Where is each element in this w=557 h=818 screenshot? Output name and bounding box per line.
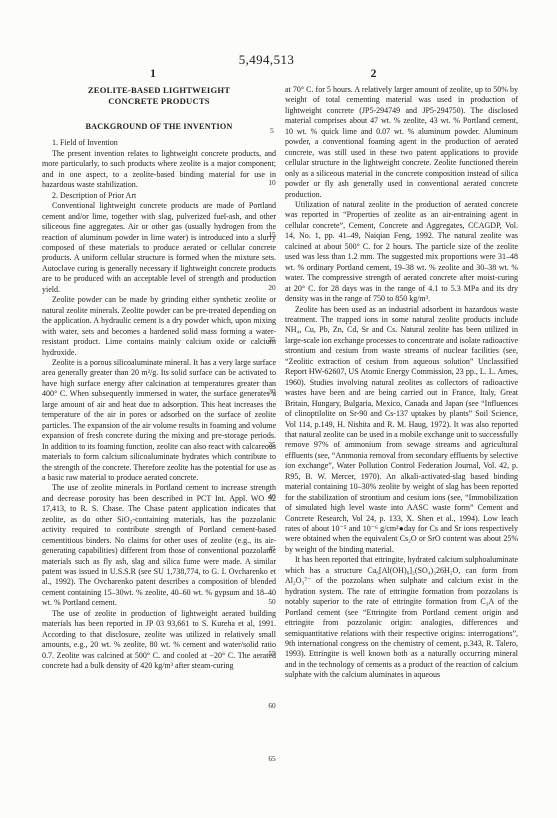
paragraph-continuation-jp-patents: at 70° C. for 5 hours. A relatively larg… [285, 85, 518, 200]
gutter-line-number: 55 [260, 649, 284, 658]
paragraph-feng-study: Utilization of natural zeolite in the pr… [285, 200, 518, 305]
gutter-line-number: 35 [260, 440, 284, 449]
gutter-line-number: 50 [260, 597, 284, 606]
gutter-line-number: 40 [260, 492, 284, 501]
background-heading: BACKGROUND OF THE INVENTION [42, 122, 276, 132]
left-column: 1 ZEOLITE-BASED LIGHTWEIGHT CONCRETE PRO… [42, 68, 276, 672]
gutter-line-number: 25 [260, 335, 284, 344]
paragraph-field-of-invention: The present invention relates to lightwe… [42, 149, 276, 191]
paragraph-chase-ovcharenko-patents: The use of zeolite minerals in Portland … [42, 483, 276, 608]
right-column: 2 at 70° C. for 5 hours. A relatively la… [285, 68, 518, 681]
paragraph-adsorbent-waste-treatment: Zeolite has been used as an industrial a… [285, 305, 518, 556]
gutter-line-number: 15 [260, 230, 284, 239]
column-number-right: 2 [285, 68, 518, 81]
patent-page: 5,494,513 1 ZEOLITE-BASED LIGHTWEIGHT CO… [0, 0, 557, 818]
patent-number: 5,494,513 [0, 52, 545, 68]
paragraph-zeolite-powder: Zeolite powder can be made by grinding e… [42, 295, 276, 358]
paragraph-zeolite-properties: Zeolite is a porous silicoaluminate mine… [42, 358, 276, 483]
gutter-line-number: 5 [260, 126, 284, 135]
paragraph-kureha-patent: The use of zeolite in production of ligh… [42, 609, 276, 672]
field-of-invention-heading: 1. Field of Invention [42, 138, 276, 148]
gutter-line-number: 20 [260, 283, 284, 292]
paragraph-ettringite: It has been reported that ettringite, hy… [285, 555, 518, 680]
gutter-line-number: 60 [260, 701, 284, 710]
prior-art-heading: 2. Description of Prior Art [42, 191, 276, 201]
invention-title: ZEOLITE-BASED LIGHTWEIGHT CONCRETE PRODU… [83, 85, 235, 107]
column-number-left: 1 [42, 68, 276, 81]
gutter-line-number: 30 [260, 387, 284, 396]
gutter-line-number: 65 [260, 754, 284, 763]
paragraph-conventional-products: Conventional lightweight concrete produc… [42, 201, 276, 295]
gutter-line-number: 45 [260, 544, 284, 553]
gutter-line-number: 10 [260, 178, 284, 187]
